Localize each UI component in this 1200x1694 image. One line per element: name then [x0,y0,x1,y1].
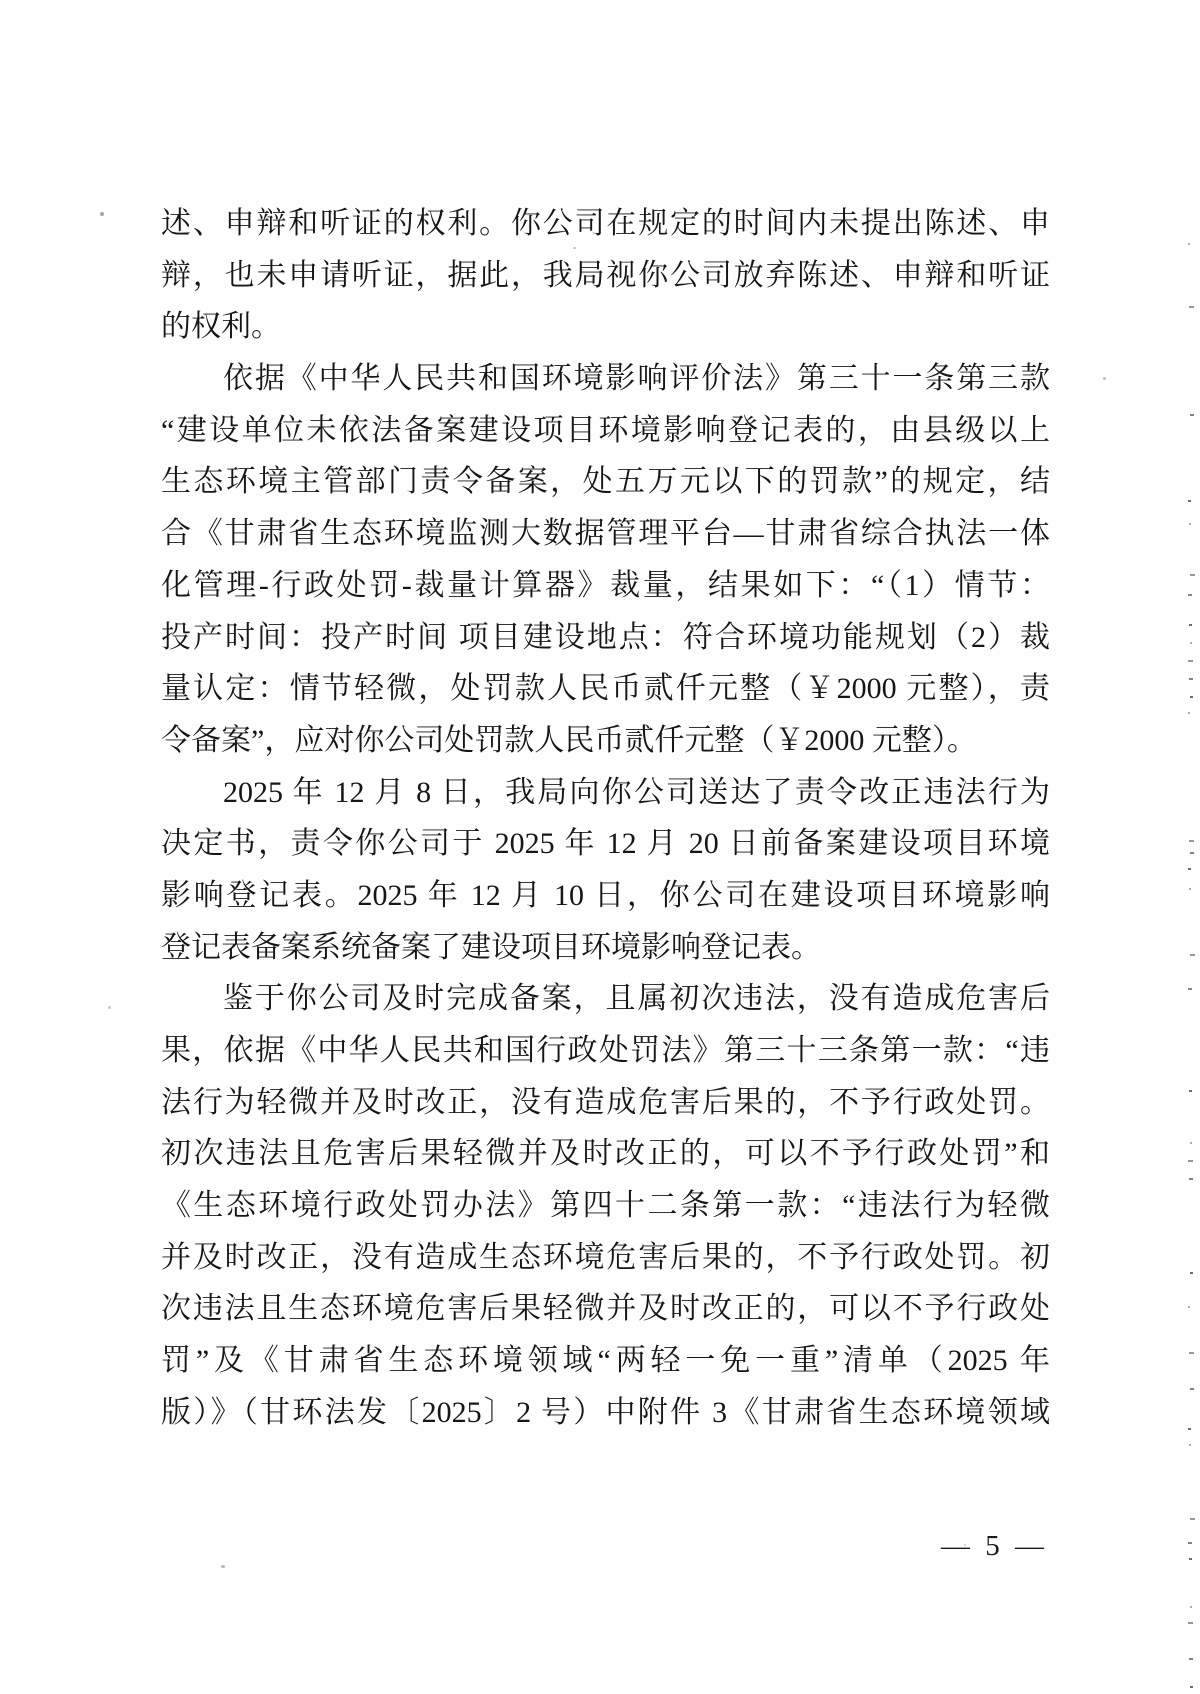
scan-speck [1188,594,1192,596]
scan-dot [100,212,104,216]
page-number: — 5 — [941,1530,1048,1563]
scan-speck [1190,1142,1192,1144]
text-line: 量认定：情节轻微，处罚款人民币贰仟元整（￥2000 元整），责 [161,663,1050,715]
scan-speck [1189,1558,1192,1560]
scan-speck [1190,1388,1194,1390]
text-line: “建设单位未依法备案建设项目环境影响登记表的，由县级以上 [161,405,1050,457]
scan-dot [367,372,370,375]
scan-dot [108,1006,111,1009]
scan-speck [1189,1444,1191,1446]
text-line: 述、申辩和听证的权利。你公司在规定的时间内未提出陈述、申 [161,198,1050,250]
text-line: 辩，也未申请听证，据此，我局视你公司放弃陈述、申辩和听证 [161,250,1050,302]
scan-speck [1190,414,1194,416]
scan-speck [1188,1306,1190,1308]
text-line: 影响登记表。2025 年 12 月 10 日，你公司在建设项目环境影响 [161,870,1050,922]
text-line: 并及时改正，没有造成生态环境危害后果的，不予行政处罚。初 [161,1232,1050,1284]
text-line: 登记表备案系统备案了建设项目环境影响登记表。 [161,922,1050,974]
scan-speck [1188,1622,1193,1624]
text-line: 投产时间：投产时间 项目建设地点：符合环境功能规划（2）裁 [161,612,1050,664]
text-line: 法行为轻微并及时改正，没有造成危害后果的，不予行政处罚。 [161,1077,1050,1129]
text-line: 合《甘肃省生态环境监测大数据管理平台—甘肃省综合执法一体 [161,508,1050,560]
scan-speck [1188,1428,1191,1430]
scan-speck [1190,696,1193,698]
scan-speck [1189,306,1194,308]
scan-speck [1190,1606,1192,1608]
text-line: 果，依据《中华人民共和国行政处罚法》第三十三条第一款：“违 [161,1025,1050,1077]
text-line: 初次违法且危害后果轻微并及时改正的，可以不予行政处罚”和 [161,1128,1050,1180]
text-line: 的权利。 [161,301,1050,353]
scan-speck [1190,1272,1193,1274]
document-text: 述、申辩和听证的权利。你公司在规定的时间内未提出陈述、申辩，也未申请听证，据此，… [161,198,1050,1439]
scan-speck [1188,988,1192,990]
text-line: 决定书，责令你公司于 2025 年 12 月 20 日前备案建设项目环境 [161,818,1050,870]
text-line: 次违法且生态环境危害后果轻微并及时改正的，可以不予行政处 [161,1283,1050,1335]
scan-dot [450,372,453,375]
text-line: 化管理-行政处罚-裁量计算器》裁量，结果如下：“（1）情节： [161,560,1050,612]
scan-speck [1189,888,1191,890]
scan-speck [1188,243,1190,245]
scan-speck [1189,1352,1194,1354]
text-line: 2025 年 12 月 8 日，我局向你公司送达了责令改正违法行为 [161,767,1050,819]
scan-dot [573,247,576,249]
scan-speck [1188,712,1190,714]
scan-speck [1189,1658,1193,1660]
scan-speck [1189,523,1191,525]
scan-speck [1188,500,1191,502]
text-line: 《生态环境行政处罚办法》第四十二条第一款：“违法行为轻微 [161,1180,1050,1232]
text-line: 依据《中华人民共和国环境影响评价法》第三十一条第三款 [161,353,1050,405]
scan-speck [1189,678,1193,680]
scan-speck [1189,1090,1192,1092]
scan-speck [1190,1518,1195,1520]
text-line: 鉴于你公司及时完成备案，且属初次违法，没有造成危害后 [161,973,1050,1025]
scan-speck [1188,1160,1193,1162]
text-line: 罚”及《甘肃省生态环境领域“两轻一免一重”清单（2025 年 [161,1335,1050,1387]
scan-speck [1190,642,1192,644]
text-line: 令备案”，应对你公司处罚款人民币贰仟元整（￥2000 元整）。 [161,715,1050,767]
scan-speck [1188,868,1191,870]
scan-speck [1188,660,1193,662]
scan-dot [964,1544,966,1546]
scan-speck [1190,954,1195,956]
text-line: 版）》（甘环法发〔2025〕2 号）中附件 3《甘肃省生态环境领域 [161,1387,1050,1439]
scan-speck [1190,574,1195,576]
document-page: 述、申辩和听证的权利。你公司在规定的时间内未提出陈述、申辩，也未申请听证，据此，… [0,0,1200,1694]
scan-speck [1189,624,1192,626]
scan-dot [1103,377,1106,380]
text-line: 生态环境主管部门责令备案，处五万元以下的罚款”的规定，结 [161,456,1050,508]
scan-dot [221,1565,225,1568]
scan-speck [1190,1686,1193,1688]
scan-speck [1189,840,1194,842]
scan-speck [1190,852,1194,854]
scan-speck [1189,1178,1193,1180]
scan-speck [1188,1542,1192,1544]
